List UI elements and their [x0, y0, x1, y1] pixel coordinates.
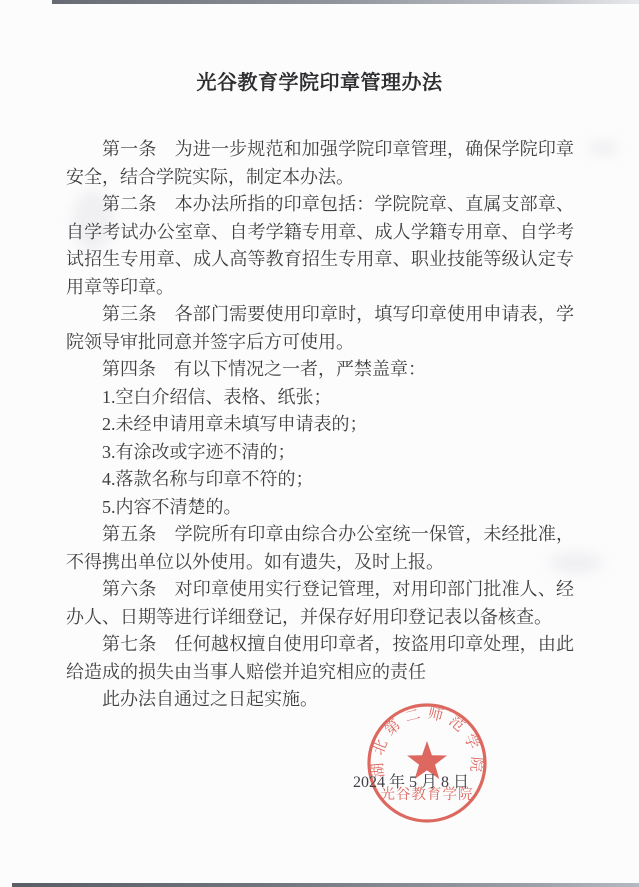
paragraph: 此办法自通过之日起实施。 — [66, 686, 574, 714]
paragraph: 4.落款名称与印章不符的； — [66, 466, 574, 494]
paragraph: 第五条 学院所有印章由综合办公室统一保管，未经批准，不得携出单位以外使用。如有遗… — [66, 521, 574, 576]
scanned-document-page: 光谷教育学院印章管理办法 第一条 为进一步规范和加强学院印章管理，确保学院印章安… — [0, 0, 639, 887]
paragraph: 第四条 有以下情况之一者，严禁盖章： — [66, 356, 574, 384]
paragraph: 5.内容不清楚的。 — [66, 494, 574, 522]
paragraph: 第三条 各部门需要使用印章时，填写印章使用申请表，学院领导审批同意并签字后方可使… — [66, 301, 574, 356]
paragraph: 第二条 本办法所指的印章包括：学院院章、直属支部章、自学考试办公室章、自考学籍专… — [66, 191, 574, 301]
paragraph: 第一条 为进一步规范和加强学院印章管理，确保学院印章安全，结合学院实际，制定本办… — [66, 136, 574, 191]
seal-graphic: 湖北第二师范学院 光谷教育学院 — [369, 705, 485, 821]
issue-date: 2024 年 5 月 8 日 — [353, 769, 469, 792]
paragraph: 1.空白介绍信、表格、纸张； — [66, 384, 574, 412]
paragraph: 第七条 任何越权擅自使用印章者，按盗用印章处理，由此给造成的损失由当事人赔偿并追… — [66, 631, 574, 686]
paragraph: 第六条 对印章使用实行登记管理，对用印部门批准人、经办人、日期等进行详细登记，并… — [66, 576, 574, 631]
scan-edge-bottom — [12, 883, 639, 887]
scan-edge-top — [52, 0, 639, 4]
paragraph: 2.未经申请用章未填写申请表的； — [66, 411, 574, 439]
paragraph: 3.有涂改或字迹不清的； — [66, 439, 574, 467]
document-body: 第一条 为进一步规范和加强学院印章管理，确保学院印章安全，结合学院实际，制定本办… — [66, 136, 574, 714]
official-seal: 湖北第二师范学院 光谷教育学院 — [357, 693, 497, 833]
scan-smudge — [588, 140, 618, 156]
document-title: 光谷教育学院印章管理办法 — [0, 66, 639, 95]
